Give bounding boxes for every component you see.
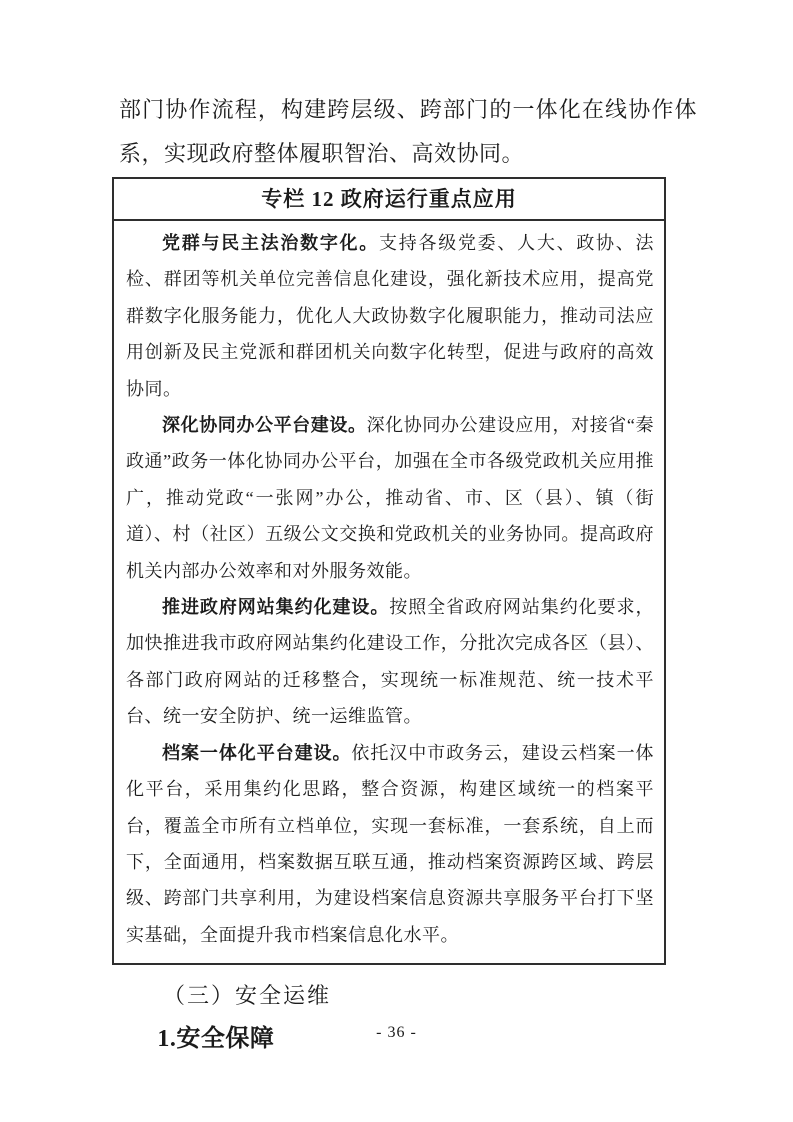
paragraph-text: 依托汉中市政务云，建设云档案一体化平台，采用集约化思路，整合资源，构建区域统一的…: [126, 743, 654, 945]
box-paragraph: 档案一体化平台建设。依托汉中市政务云，建设云档案一体化平台，采用集约化思路，整合…: [126, 735, 654, 953]
intro-paragraph: 部门协作流程，构建跨层级、跨部门的一体化在线协作体系，实现政府整体履职智治、高效…: [119, 88, 697, 176]
highlight-box-title: 专栏 12 政府运行重点应用: [114, 179, 664, 221]
paragraph-lead: 档案一体化平台建设。: [162, 743, 351, 763]
section-heading: （三）安全运维: [119, 979, 697, 1013]
paragraph-lead: 党群与民主法治数字化。: [162, 233, 379, 253]
box-paragraph: 党群与民主法治数字化。支持各级党委、人大、政协、法检、群团等机关单位完善信息化建…: [126, 225, 654, 407]
page-content: 部门协作流程，构建跨层级、跨部门的一体化在线协作体系，实现政府整体履职智治、高效…: [119, 88, 697, 1057]
box-paragraph: 深化协同办公平台建设。深化协同办公建设应用，对接省“秦政通”政务一体化协同办公平…: [126, 407, 654, 589]
document-page: 部门协作流程，构建跨层级、跨部门的一体化在线协作体系，实现政府整体履职智治、高效…: [0, 0, 793, 1122]
paragraph-lead: 推进政府网站集约化建设。: [162, 597, 389, 617]
box-paragraph: 推进政府网站集约化建设。按照全省政府网站集约化要求，加快推进我市政府网站集约化建…: [126, 589, 654, 735]
paragraph-lead: 深化协同办公平台建设。: [162, 415, 367, 435]
highlight-box-body: 党群与民主法治数字化。支持各级党委、人大、政协、法检、群团等机关单位完善信息化建…: [114, 221, 664, 963]
paragraph-text: 深化协同办公建设应用，对接省“秦政通”政务一体化协同办公平台，加强在全市各级党政…: [126, 415, 654, 581]
page-number: - 36 -: [0, 1024, 793, 1042]
paragraph-text: 支持各级党委、人大、政协、法检、群团等机关单位完善信息化建设，强化新技术应用，提…: [126, 233, 654, 399]
highlight-box-12: 专栏 12 政府运行重点应用 党群与民主法治数字化。支持各级党委、人大、政协、法…: [112, 177, 666, 965]
